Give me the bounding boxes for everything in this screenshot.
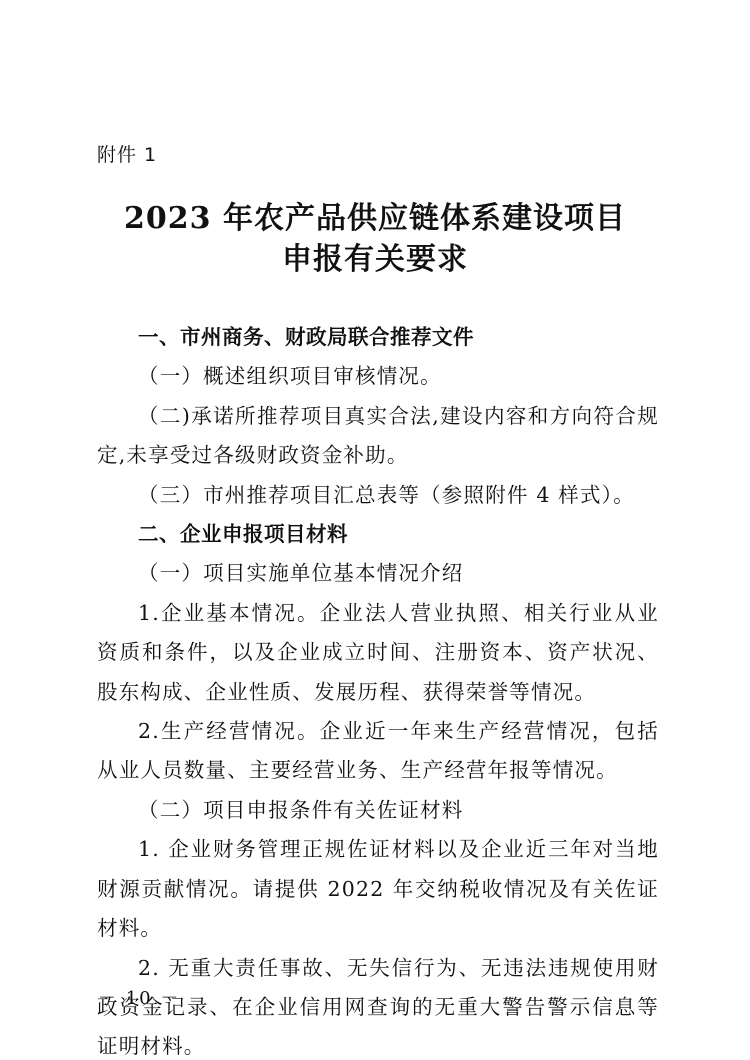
document-title-line-1: 2023 年农产品供应链体系建设项目	[0, 199, 750, 239]
subsection-heading: （一）项目实施单位基本情况介绍	[97, 554, 659, 593]
document-page: 附件 1 2023 年农产品供应链体系建设项目 申报有关要求 一、市州商务、财政…	[0, 0, 750, 1060]
paragraph: 2.生产经营情况。企业近一年来生产经营情况，包括从业人员数量、主要经营业务、生产…	[97, 712, 659, 791]
attachment-label: 附件 1	[97, 140, 157, 167]
page-number: － 10 －	[98, 984, 180, 1010]
document-body: 一、市州商务、财政局联合推荐文件 （一）概述组织项目审核情况。 （二)承诺所推荐…	[97, 318, 659, 1060]
subsection-heading: （二）项目申报条件有关佐证材料	[97, 791, 659, 830]
section-heading: 一、市州商务、财政局联合推荐文件	[97, 318, 659, 357]
section-heading: 二、企业申报项目材料	[97, 515, 659, 554]
paragraph: 2. 无重大责任事故、无失信行为、无违法违规使用财政资金记录、在企业信用网查询的…	[97, 949, 659, 1060]
paragraph: （一）概述组织项目审核情况。	[97, 357, 659, 396]
paragraph: 1.企业基本情况。企业法人营业执照、相关行业从业资质和条件，以及企业成立时间、注…	[97, 594, 659, 712]
paragraph: （二)承诺所推荐项目真实合法,建设内容和方向符合规定,未享受过各级财政资金补助。	[97, 397, 659, 476]
document-title-line-2: 申报有关要求	[0, 240, 750, 280]
paragraph: 1. 企业财务管理正规佐证材料以及企业近三年对当地财源贡献情况。请提供 2022…	[97, 830, 659, 948]
paragraph: （三）市州推荐项目汇总表等（参照附件 4 样式）。	[97, 476, 659, 515]
